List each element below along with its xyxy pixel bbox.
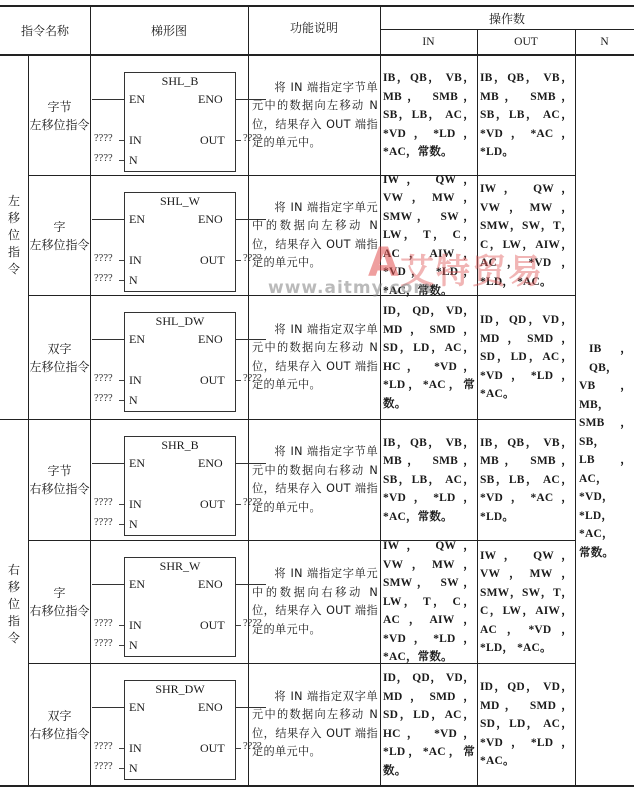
en-wire [92,584,124,585]
n-op-line: *VD， [579,488,614,507]
n-pin-tick [119,768,124,769]
description-text: 将 IN 端指定字单元中的数据向右移动 N 位，结果存入 OUT 端指定的单元中… [252,565,378,639]
header-n: N [575,30,634,54]
eno-pin-label: ENO [198,92,223,107]
function-description: 将 IN 端指定字节单元中的数据向左移动 N 位，结果存入 OUT 端指定的单元… [249,56,380,175]
block-title: SHR_W [124,559,236,574]
header-label: 功能说明 [290,19,338,36]
header-operands: 操作数 [380,7,634,29]
n-pin-label: N [129,638,138,653]
in-operands-text: IB，QB， VB，MB， SMB， SB，LB， AC， *VD，*LD，*A… [383,69,475,162]
header-function: 功能说明 [248,7,380,47]
out-operands-text: IW， QW， VW，MW，SMW，SW，T，C，LW，AIW，AC，*VD，*… [480,547,573,658]
in-operands-text: ID， QD， VD，MD，SMD，SD，LD，AC， HC， *VD，*LD，… [383,302,475,413]
en-pin-label: EN [129,332,145,347]
block-title: SHL_W [124,194,236,209]
ladder-diagram: SHL_W EN ENO ???? IN OUT ???? ???? N [92,182,248,297]
instruction-name-line1: 字 [53,584,65,602]
out-operands: IW， QW， VW，MW，SMW，SW，T，C，LW，AIW，AC，*VD，*… [478,541,575,663]
in-placeholder: ???? [94,253,113,264]
header-in: IN [380,30,477,54]
instruction-name: 字 右移位指令 [29,541,90,663]
instruction-name: 字节 左移位指令 [29,56,90,175]
in-pin-tick [119,748,124,749]
n-op-line: LB， AC， [579,451,632,488]
in-operands-text: IW， QW， VW，MW， SMW， SW，LW， T， C， AC，AIW，… [383,537,475,667]
out-pin-tick [236,380,241,381]
group-left-shift: 左 移 位 指 令 [0,175,28,295]
out-pin-label: OUT [200,133,225,148]
instruction-name-line2: 右移位指令 [29,480,89,498]
in-placeholder: ???? [94,618,113,629]
n-operands-cell: IB，QB， VB， MB， SMB，SB， LB， AC， *VD， *LD，… [577,340,634,490]
group-char: 位 [8,227,20,244]
ladder-diagram: SHR_B EN ENO ???? IN OUT ???? ???? N [92,426,248,541]
n-op-line: *LD， [579,507,613,526]
n-op-line: SMB，SB， [579,414,632,451]
en-wire [92,463,124,464]
eno-pin-label: ENO [198,577,223,592]
n-op-line: 常数。 [579,544,614,563]
out-pin-tick [236,504,241,505]
en-wire [92,219,124,220]
ladder-diagram: SHL_DW EN ENO ???? IN OUT ???? ???? N [92,302,248,417]
header-out: OUT [477,30,575,54]
n-pin-label: N [129,153,138,168]
in-operands: IW， QW， VW，MW， SMW， SW，LW， T， C， AC，AIW，… [381,176,477,295]
eno-pin-label: ENO [198,332,223,347]
eno-pin-label: ENO [198,456,223,471]
in-pin-tick [119,260,124,261]
function-description: 将 IN 端指定字单元中的数据向右移动 N 位，结果存入 OUT 端指定的单元中… [249,541,380,663]
description-text: 将 IN 端指定双字单元中的数据向左移动 N 位，结果存入 OUT 端指定的单元… [252,688,378,762]
n-op-line: IB，QB， [579,340,632,377]
out-operands-text: IB，QB， VB，MB， SMB， SB，LB， AC， *VD，*AC，*L… [480,69,573,162]
header-label: IN [422,36,434,48]
eno-pin-label: ENO [198,212,223,227]
header-label: 操作数 [489,10,525,27]
instruction-name: 双字 左移位指令 [29,296,90,419]
instruction-name-line2: 左移位指令 [29,116,89,134]
n-pin-label: N [129,393,138,408]
header-label: 梯形图 [151,22,187,39]
in-pin-tick [119,625,124,626]
n-op-line: VB， MB， [579,377,632,414]
instruction-name-line2: 右移位指令 [29,602,89,620]
in-operands-text: ID， QD， VD，MD，SMD，SD，LD，AC， HC， *VD，*LD，… [383,669,475,780]
out-operands-text: ID，QD，VD，MD，SMD，SD，LD，AC，*VD，*LD，*AC。 [480,311,573,404]
block-title: SHR_B [124,438,236,453]
out-operands: IB，QB， VB，MB， SMB， SB，LB， AC， *VD，*AC，*L… [478,56,575,175]
in-placeholder: ???? [94,133,113,144]
in-pin-tick [119,380,124,381]
ladder-diagram: SHR_W EN ENO ???? IN OUT ???? ???? N [92,547,248,662]
out-pin-label: OUT [200,741,225,756]
header-instruction-name: 指令名称 [0,7,90,54]
en-wire [92,99,124,100]
n-placeholder: ???? [94,273,113,284]
out-pin-tick [236,260,241,261]
in-operands: ID， QD， VD，MD，SMD，SD，LD，AC， HC， *VD，*LD，… [381,296,477,419]
en-wire [92,707,124,708]
in-pin-label: IN [129,741,142,756]
instruction-name-line2: 左移位指令 [29,358,89,376]
out-operands-text: IB，QB， VB，MB， SMB， SB，LB， AC， *VD，*AC，*L… [480,434,573,527]
instruction-name: 字节 右移位指令 [29,420,90,540]
group-char: 移 [8,579,20,596]
instruction-name-line1: 字节 [47,462,71,480]
in-operands-text: IW， QW， VW，MW， SMW， SW，LW， T， C， AC，AIW，… [383,171,475,301]
instruction-name: 双字 右移位指令 [29,664,90,785]
bottom-border [0,785,634,787]
out-pin-tick [236,625,241,626]
in-operands: IB，QB， VB，MB， SMB， SB，LB， AC， *VD，*LD，*A… [381,56,477,175]
instruction-name-line1: 双字 [47,707,71,725]
instruction-name-line1: 双字 [47,340,71,358]
block-title: SHL_B [124,74,236,89]
function-description: 将 IN 端指定字单元中的数据向左移动 N 位，结果存入 OUT 端指定的单元中… [249,176,380,295]
en-pin-label: EN [129,700,145,715]
n-op-line: *AC， [579,525,614,544]
n-pin-label: N [129,761,138,776]
out-operands: IW， QW， VW，MW，SMW，SW，T，C，LW，AIW，AC，*VD，*… [478,176,575,295]
block-title: SHR_DW [124,682,236,697]
instruction-name-line1: 字 [53,218,65,236]
in-pin-label: IN [129,253,142,268]
instruction-name: 字 左移位指令 [29,176,90,295]
en-wire [92,339,124,340]
group-char: 位 [8,596,20,613]
n-pin-tick [119,645,124,646]
out-operands: ID，QD，VD，MD，SMD，SD，LD，AC，*VD，*LD，*AC。 [478,296,575,419]
n-placeholder: ???? [94,517,113,528]
en-pin-label: EN [129,456,145,471]
group-char: 右 [8,562,20,579]
out-operands-text: IW， QW， VW，MW，SMW，SW，T，C，LW，AIW，AC，*VD，*… [480,180,573,291]
out-pin-label: OUT [200,253,225,268]
function-description: 将 IN 端指定双字单元中的数据向左移动 N 位，结果存入 OUT 端指定的单元… [249,664,380,785]
header-ladder: 梯形图 [90,7,248,54]
ladder-diagram: SHR_DW EN ENO ???? IN OUT ???? ???? N [92,670,248,785]
group-char: 指 [8,244,20,261]
n-pin-tick [119,280,124,281]
in-pin-tick [119,504,124,505]
n-placeholder: ???? [94,393,113,404]
out-pin-tick [236,748,241,749]
function-description: 将 IN 端指定字节单元中的数据向右移动 N 位，结果存入 OUT 端指定的单元… [249,420,380,540]
instruction-name-line2: 左移位指令 [29,236,89,254]
group-char: 令 [8,630,20,647]
n-pin-tick [119,160,124,161]
description-text: 将 IN 端指定字节单元中的数据向左移动 N 位，结果存入 OUT 端指定的单元… [252,79,378,153]
en-pin-label: EN [129,92,145,107]
eno-pin-label: ENO [198,700,223,715]
out-pin-tick [236,140,241,141]
in-pin-label: IN [129,373,142,388]
in-operands: IW， QW， VW，MW， SMW， SW，LW， T， C， AC，AIW，… [381,541,477,663]
description-text: 将 IN 端指定字节单元中的数据向右移动 N 位，结果存入 OUT 端指定的单元… [252,443,378,517]
in-operands: ID， QD， VD，MD，SMD，SD，LD，AC， HC， *VD，*LD，… [381,664,477,785]
vline-name [90,5,91,785]
in-placeholder: ???? [94,373,113,384]
instruction-name-line2: 右移位指令 [29,725,89,743]
in-operands: IB，QB， VB，MB， SMB， SB，LB， AC， *VD，*LD，*A… [381,420,477,540]
in-pin-label: IN [129,618,142,633]
n-pin-tick [119,524,124,525]
group-char: 左 [8,193,20,210]
instruction-name-line1: 字节 [47,98,71,116]
out-pin-label: OUT [200,618,225,633]
en-pin-label: EN [129,577,145,592]
n-placeholder: ???? [94,761,113,772]
header-label: OUT [514,36,538,48]
in-placeholder: ???? [94,497,113,508]
n-pin-label: N [129,273,138,288]
header-label: N [600,36,608,48]
out-pin-label: OUT [200,497,225,512]
out-operands: ID，QD， VD，MD， SMD， SD，LD， AC， *VD，*LD，*A… [478,664,575,785]
in-pin-tick [119,140,124,141]
in-pin-label: IN [129,497,142,512]
out-pin-label: OUT [200,373,225,388]
description-text: 将 IN 端指定字单元中的数据向左移动 N 位，结果存入 OUT 端指定的单元中… [252,199,378,273]
in-placeholder: ???? [94,741,113,752]
out-operands: IB，QB， VB，MB， SMB， SB，LB， AC， *VD，*AC，*L… [478,420,575,540]
in-pin-label: IN [129,133,142,148]
function-description: 将 IN 端指定双字单元中的数据向左移动 N 位，结果存入 OUT 端指定的单元… [249,296,380,419]
out-operands-text: ID，QD， VD，MD， SMD， SD，LD， AC， *VD，*LD，*A… [480,678,573,771]
block-title: SHL_DW [124,314,236,329]
in-operands-text: IB，QB， VB，MB， SMB， SB，LB， AC， *VD，*LD，*A… [383,434,475,527]
n-pin-label: N [129,517,138,532]
group-char: 移 [8,210,20,227]
header-label: 指令名称 [21,22,69,39]
ladder-diagram: SHL_B EN ENO ???? IN OUT ???? ???? N [92,62,248,177]
vline-out [575,29,576,785]
n-placeholder: ???? [94,638,113,649]
n-pin-tick [119,400,124,401]
group-char: 指 [8,613,20,630]
en-pin-label: EN [129,212,145,227]
description-text: 将 IN 端指定双字单元中的数据向左移动 N 位，结果存入 OUT 端指定的单元… [252,321,378,395]
group-char: 令 [8,261,20,278]
n-placeholder: ???? [94,153,113,164]
group-right-shift: 右 移 位 指 令 [0,545,28,663]
